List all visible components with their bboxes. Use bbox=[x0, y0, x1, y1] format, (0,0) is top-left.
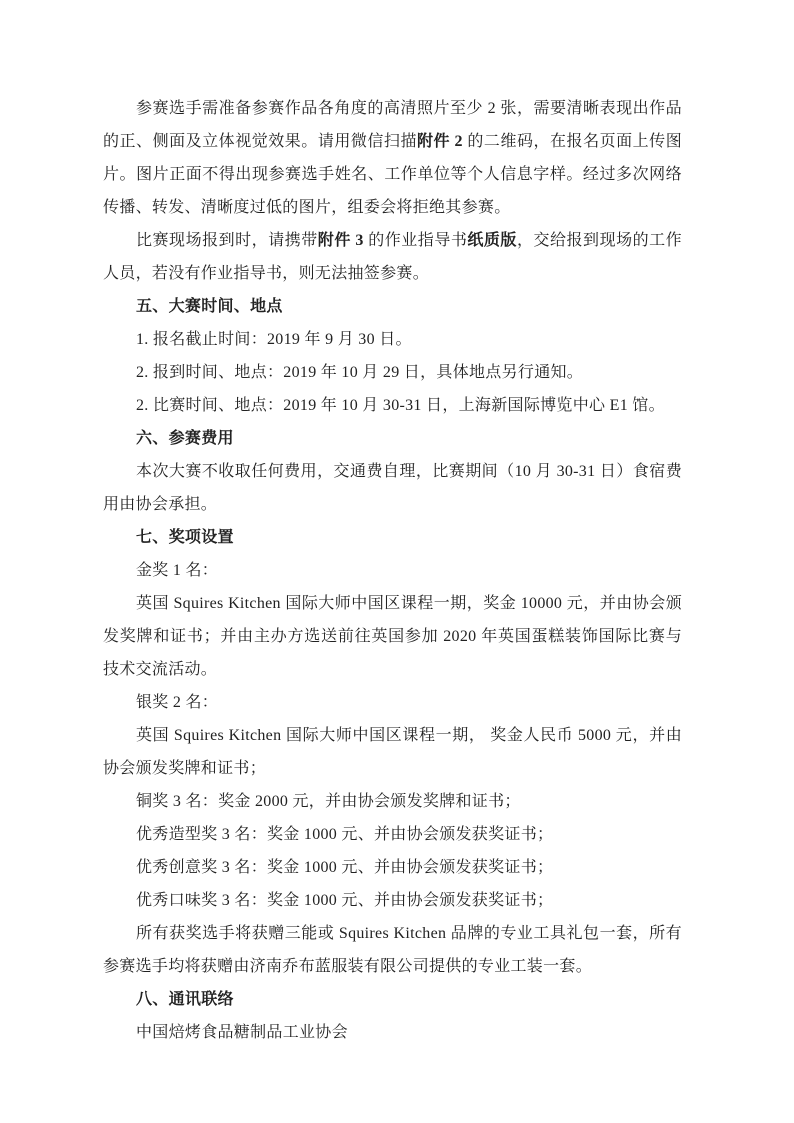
text-run: 本次大赛不收取任何费用，交通费自理，比赛期间（10 月 30-31 日）食宿费用… bbox=[103, 463, 682, 513]
paragraph: 所有获奖选手将获赠三能或 Squires Kitchen 品牌的专业工具礼包一套… bbox=[103, 917, 682, 983]
paragraph: 英国 Squires Kitchen 国际大师中国区课程一期， 奖金人民币 50… bbox=[103, 719, 682, 785]
bold-run: 附件 2 bbox=[417, 133, 463, 150]
paragraph: 1. 报名截止时间：2019 年 9 月 30 日。 bbox=[103, 323, 682, 356]
paragraph: 金奖 1 名： bbox=[103, 554, 682, 587]
paragraph: 中国焙烤食品糖制品工业协会 bbox=[103, 1016, 682, 1049]
paragraph: 优秀口味奖 3 名：奖金 1000 元、并由协会颁发获奖证书； bbox=[103, 884, 682, 917]
paragraph: 2. 报到时间、地点：2019 年 10 月 29 日，具体地点另行通知。 bbox=[103, 356, 682, 389]
text-run: 的作业指导书 bbox=[364, 232, 468, 249]
text-run: 优秀造型奖 3 名：奖金 1000 元、并由协会颁发获奖证书； bbox=[136, 826, 553, 843]
text-run: 英国 Squires Kitchen 国际大师中国区课程一期， 奖金人民币 50… bbox=[103, 727, 682, 777]
text-run: 银奖 2 名： bbox=[136, 694, 218, 711]
bold-run: 五、大赛时间、地点 bbox=[136, 298, 283, 315]
text-run: 优秀口味奖 3 名：奖金 1000 元、并由协会颁发获奖证书； bbox=[136, 892, 553, 909]
paragraph: 2. 比赛时间、地点：2019 年 10 月 30-31 日，上海新国际博览中心… bbox=[103, 389, 682, 422]
text-run: 优秀创意奖 3 名：奖金 1000 元、并由协会颁发获奖证书； bbox=[136, 859, 553, 876]
paragraph: 比赛现场报到时，请携带附件 3 的作业指导书纸质版，交给报到现场的工作人员，若没… bbox=[103, 224, 682, 290]
text-run: 铜奖 3 名：奖金 2000 元，并由协会颁发奖牌和证书； bbox=[136, 793, 521, 810]
text-run: 中国焙烤食品糖制品工业协会 bbox=[136, 1024, 348, 1041]
bold-run: 六、参赛费用 bbox=[136, 430, 234, 447]
paragraph: 英国 Squires Kitchen 国际大师中国区课程一期，奖金 10000 … bbox=[103, 587, 682, 686]
document-page: 参赛选手需准备参赛作品各角度的高清照片至少 2 张，需要清晰表现出作品的正、侧面… bbox=[0, 0, 794, 1123]
text-run: 1. 报名截止时间：2019 年 9 月 30 日。 bbox=[136, 331, 412, 348]
section-heading: 五、大赛时间、地点 bbox=[103, 290, 682, 323]
paragraph: 铜奖 3 名：奖金 2000 元，并由协会颁发奖牌和证书； bbox=[103, 785, 682, 818]
text-run: 2. 报到时间、地点：2019 年 10 月 29 日，具体地点另行通知。 bbox=[136, 364, 583, 381]
section-heading: 七、奖项设置 bbox=[103, 521, 682, 554]
section-heading: 八、通讯联络 bbox=[103, 983, 682, 1016]
paragraph: 本次大赛不收取任何费用，交通费自理，比赛期间（10 月 30-31 日）食宿费用… bbox=[103, 455, 682, 521]
paragraph: 优秀创意奖 3 名：奖金 1000 元、并由协会颁发获奖证书； bbox=[103, 851, 682, 884]
text-run: 2. 比赛时间、地点：2019 年 10 月 30-31 日，上海新国际博览中心… bbox=[136, 397, 665, 414]
bold-run: 纸质版 bbox=[467, 232, 517, 249]
bold-run: 附件 3 bbox=[318, 232, 364, 249]
bold-run: 八、通讯联络 bbox=[136, 991, 234, 1008]
paragraph: 银奖 2 名： bbox=[103, 686, 682, 719]
document-content: 参赛选手需准备参赛作品各角度的高清照片至少 2 张，需要清晰表现出作品的正、侧面… bbox=[103, 92, 682, 1049]
text-run: 金奖 1 名： bbox=[136, 562, 218, 579]
bold-run: 七、奖项设置 bbox=[136, 529, 234, 546]
text-run: 英国 Squires Kitchen 国际大师中国区课程一期，奖金 10000 … bbox=[103, 595, 682, 678]
paragraph: 参赛选手需准备参赛作品各角度的高清照片至少 2 张，需要清晰表现出作品的正、侧面… bbox=[103, 92, 682, 224]
section-heading: 六、参赛费用 bbox=[103, 422, 682, 455]
text-run: 比赛现场报到时，请携带 bbox=[136, 232, 318, 249]
text-run: 所有获奖选手将获赠三能或 Squires Kitchen 品牌的专业工具礼包一套… bbox=[103, 925, 682, 975]
paragraph: 优秀造型奖 3 名：奖金 1000 元、并由协会颁发获奖证书； bbox=[103, 818, 682, 851]
